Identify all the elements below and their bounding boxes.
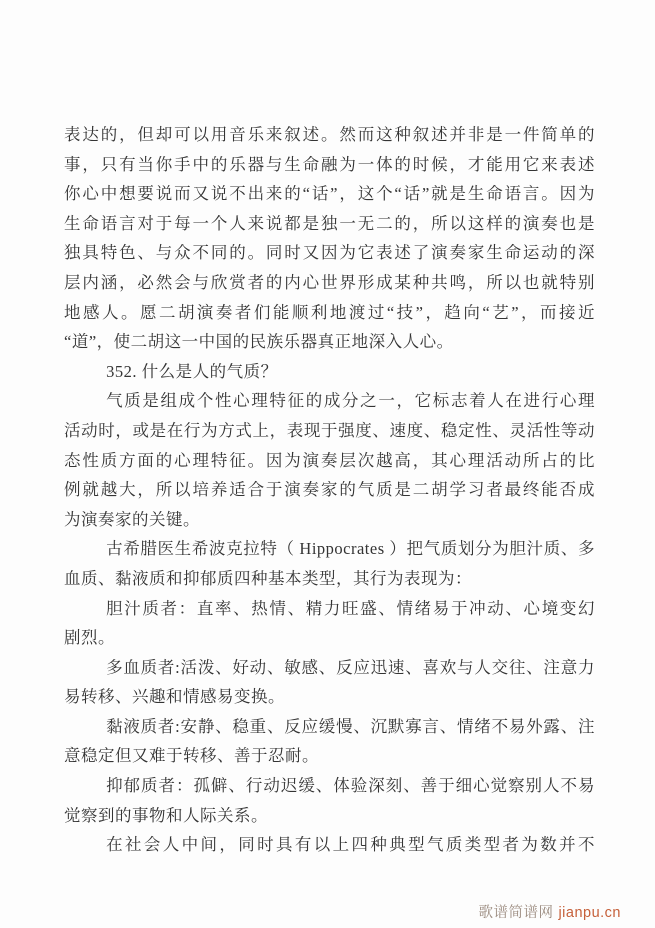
section-heading: 352. 什么是人的气质？ [64,357,595,387]
text-line: 胆汁质者：直率、热情、精力旺盛、情绪易于冲动、心境变幻 [64,594,595,624]
page-text: 表达的，但却可以用音乐来叙述。然而这种叙述并非是一件简单的事，只有当你手中的乐器… [64,120,595,860]
text-line: 黏液质者:安静、稳重、反应缓慢、沉默寡言、情绪不易外露、注 [64,712,595,742]
book-page-scan: { "page": { "background_color": "#fdfdfd… [0,0,655,928]
text-line: “道”，使二胡这一中国的民族乐器真正地深入人心。 [64,327,595,357]
watermark-site-name: 歌谱简谱网 [478,905,553,921]
text-line: 事，只有当你手中的乐器与生命融为一体的时候，才能用它来表述 [64,150,595,180]
text-line: 你心中想要说而又说不出来的“话”，这个“话”就是生命语言。因为 [64,179,595,209]
text-line: 生命语言对于每一个人来说都是独一无二的，所以这样的演奏也是 [64,209,595,239]
text-line: 表达的，但却可以用音乐来叙述。然而这种叙述并非是一件简单的 [64,120,595,150]
text-line: 血质、黏液质和抑郁质四种基本类型，其行为表现为： [64,564,595,594]
watermark: 歌谱简谱网jianpu.cn [478,901,621,922]
text-line: 易转移、兴趣和情感易变换。 [64,682,595,712]
text-line: 例就越大，所以培养适合于演奏家的气质是二胡学习者最终能否成 [64,475,595,505]
text-line: 地感人。愿二胡演奏者们能顺利地渡过“技”，趋向“艺”，而接近 [64,298,595,328]
watermark-site-url: jianpu.cn [558,905,621,921]
text-line: 气质是组成个性心理特征的成分之一，它标志着人在进行心理 [64,386,595,416]
text-line: 古希腊医生希波克拉特（ Hippocrates ）把气质划分为胆汁质、多 [64,534,595,564]
text-line: 态性质方面的心理特征。因为演奏层次越高，其心理活动所占的比 [64,446,595,476]
text-line: 在社会人中间，同时具有以上四种典型气质类型者为数并不 [64,830,595,860]
text-line: 为演奏家的关键。 [64,505,595,535]
text-line: 抑郁质者：孤僻、行动迟缓、体验深刻、善于细心觉察别人不易 [64,771,595,801]
text-line: 层内涵，必然会与欣赏者的内心世界形成某种共鸣，所以也就特别 [64,268,595,298]
page: 表达的，但却可以用音乐来叙述。然而这种叙述并非是一件简单的事，只有当你手中的乐器… [0,0,655,928]
text-line: 意稳定但又难于转移、善于忍耐。 [64,741,595,771]
text-line: 多血质者:活泼、好动、敏感、反应迅速、喜欢与人交往、注意力 [64,653,595,683]
text-line: 剧烈。 [64,623,595,653]
text-line: 觉察到的事物和人际关系。 [64,801,595,831]
text-line: 活动时，或是在行为方式上，表现于强度、速度、稳定性、灵活性等动 [64,416,595,446]
text-line: 独具特色、与众不同的。同时又因为它表述了演奏家生命运动的深 [64,238,595,268]
